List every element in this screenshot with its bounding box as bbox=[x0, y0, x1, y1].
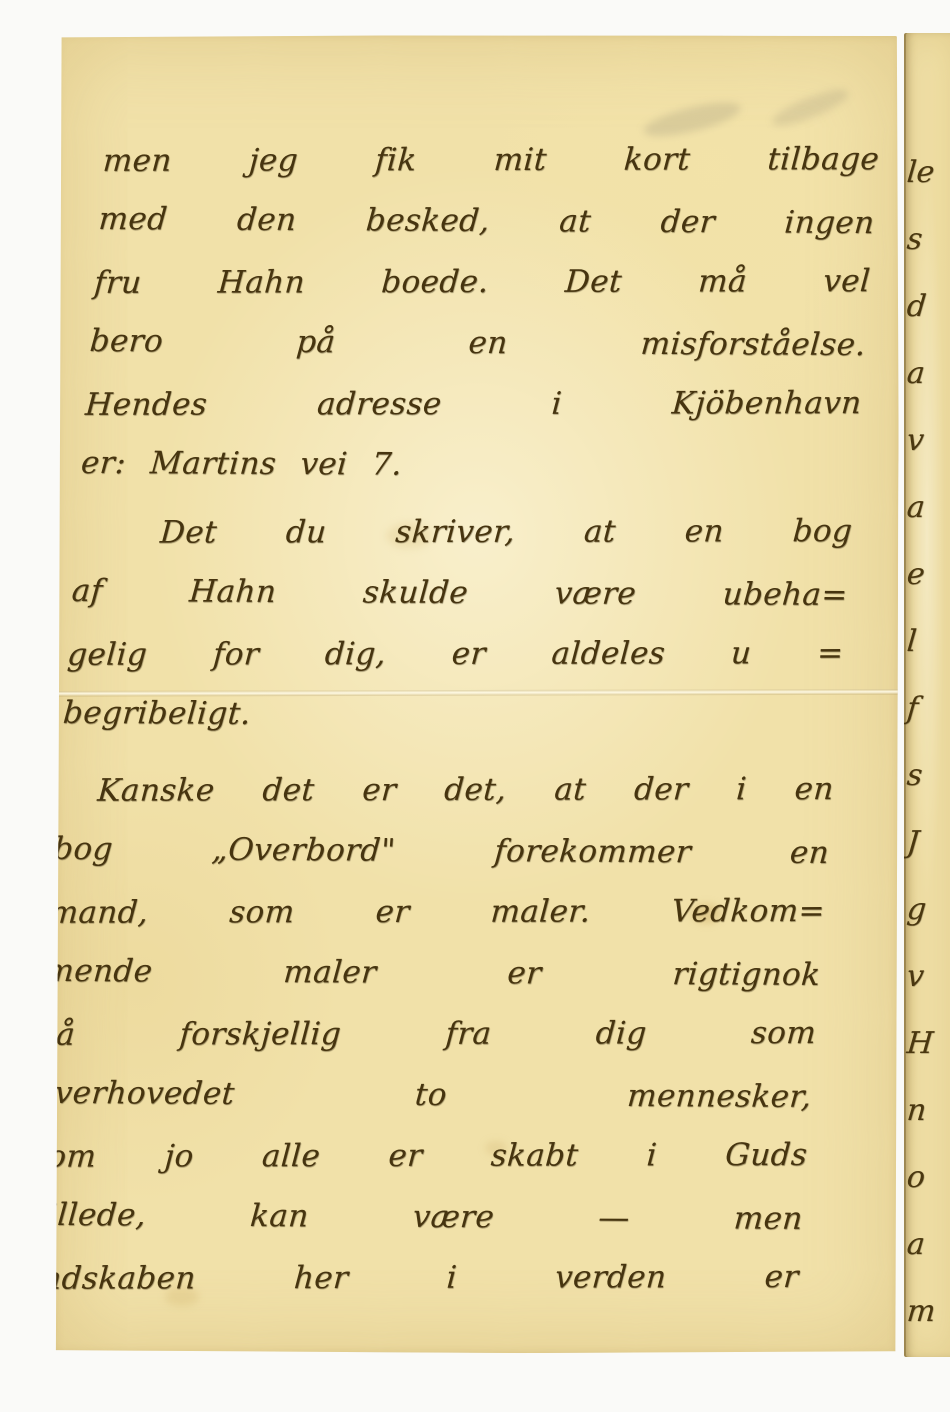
handwritten-line: som jo alle er skabt i Guds bbox=[29, 1125, 809, 1188]
adjacent-page-text-fragments: lesdavaelfsJgvHnoam bbox=[904, 33, 950, 1357]
handwritten-fragment: v bbox=[905, 959, 925, 994]
handwritten-fragment: v bbox=[905, 423, 925, 458]
adjacent-page-edge: lesdavaelfsJgvHnoam bbox=[904, 33, 950, 1357]
handwritten-line: mand, som er maler. Vedkom= bbox=[47, 881, 827, 944]
handwritten-fragment: s bbox=[905, 222, 923, 257]
handwritten-line: er: Martins vei 7. bbox=[79, 433, 859, 498]
handwritten-fragment: o bbox=[905, 1160, 926, 1195]
handwritten-line: af Hahn skulde være ubeha= bbox=[70, 561, 850, 626]
handwritten-line: bog „Overbord" forekommer en bbox=[51, 819, 831, 884]
letter-page: men jeg fik mit kort tilbagemed den besk… bbox=[55, 34, 900, 1354]
handwritten-fragment: g bbox=[905, 892, 927, 927]
handwritten-line: Kanske det er det, at der i en bbox=[55, 759, 835, 822]
handwritten-fragment: a bbox=[905, 1227, 926, 1262]
handwritten-fragment: m bbox=[905, 1294, 937, 1329]
handwritten-fragment: J bbox=[905, 825, 920, 860]
handwritten-fragment: le bbox=[905, 155, 935, 190]
handwritten-line: ondskaben her i verden er bbox=[20, 1247, 800, 1310]
handwritten-fragment: e bbox=[905, 557, 926, 592]
handwritten-line: bero på en misforståelse. bbox=[88, 311, 868, 376]
handwritten-line: med den besked, at der ingen bbox=[96, 189, 876, 254]
handwritten-line: Hendes adresse i Kjöbenhavn bbox=[83, 373, 863, 436]
handwritten-line: billede, kan være — men bbox=[25, 1185, 805, 1250]
handwritten-fragment: l bbox=[905, 624, 918, 659]
handwritten-line: begribeligt. bbox=[61, 683, 841, 748]
handwritten-fragment: s bbox=[905, 758, 923, 793]
pencil-smudge bbox=[768, 83, 852, 132]
handwritten-line: Det du skriver, at en bog bbox=[74, 501, 854, 564]
handwritten-fragment: H bbox=[905, 1026, 934, 1061]
handwritten-line: fru Hahn boede. Det må vel bbox=[92, 251, 872, 314]
letter-text: men jeg fik mit kort tilbagemed den besk… bbox=[20, 129, 881, 1309]
handwritten-fragment: a bbox=[905, 490, 926, 525]
handwritten-line: mende maler er rigtignok bbox=[42, 941, 822, 1006]
handwritten-line: men jeg fik mit kort tilbage bbox=[101, 129, 881, 192]
handwritten-fragment: n bbox=[905, 1093, 927, 1128]
handwritten-fragment: f bbox=[905, 691, 919, 726]
handwritten-fragment: d bbox=[905, 289, 927, 324]
handwritten-fragment: a bbox=[905, 356, 926, 391]
handwritten-line: overhovedet to mennesker, bbox=[33, 1063, 813, 1128]
handwritten-line: så forskjellig fra dig som bbox=[38, 1003, 818, 1066]
handwritten-line: gelig for dig, er aldeles u = bbox=[65, 623, 845, 686]
scan-background: men jeg fik mit kort tilbagemed den besk… bbox=[0, 0, 950, 1412]
